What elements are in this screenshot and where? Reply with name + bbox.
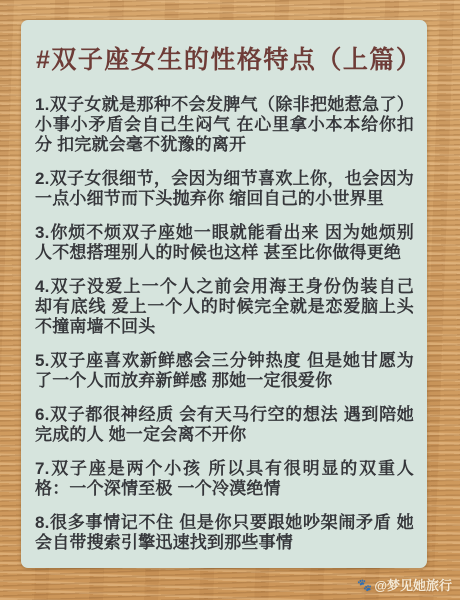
personality-point-5: 5.双子座喜欢新鲜感会三分钟热度 但是她甘愿为了一个人而放弃新鲜感 那她一定很爱… bbox=[35, 351, 414, 391]
content-card: #双子座女生的性格特点（上篇） 1.双子女就是那种不会发脾气（除非把她惹急了）小… bbox=[21, 20, 427, 568]
personality-point-3: 3.你烦不烦双子座她一眼就能看出来 因为她烦别人不想搭理别人的时候也这样 甚至比… bbox=[35, 223, 414, 263]
paw-icon: 🐾 bbox=[357, 578, 372, 592]
personality-point-8: 8.很多事情记不住 但是你只要跟她吵架闹矛盾 她会自带搜索引擎迅速找到那些事情 bbox=[35, 513, 414, 553]
personality-point-2: 2.双子女很细节，会因为细节喜欢上你，也会因为一点小细节而下头抛弃你 缩回自己的… bbox=[35, 169, 414, 209]
page-title: #双子座女生的性格特点（上篇） bbox=[36, 40, 414, 76]
watermark-handle: @梦见她旅行 bbox=[374, 575, 452, 594]
personality-point-6: 6.双子都很神经质 会有天马行空的想法 遇到陪她完成的人 她一定会离不开你 bbox=[35, 405, 414, 445]
personality-point-4: 4.双子没爱上一个人之前会用海王身份伪装自己 却有底线 爱上一个人的时候完全就是… bbox=[35, 277, 414, 337]
personality-point-1: 1.双子女就是那种不会发脾气（除非把她惹急了）小事小矛盾会自己生闷气 在心里拿小… bbox=[35, 95, 414, 155]
watermark: 🐾 @梦见她旅行 bbox=[357, 575, 452, 594]
wood-background: { "card": { "title": "#双子座女生的性格特点（上篇）", … bbox=[0, 0, 460, 600]
personality-point-7: 7.双子座是两个小孩 所以具有很明显的双重人格：一个深情至极 一个冷漠绝情 bbox=[35, 459, 414, 499]
